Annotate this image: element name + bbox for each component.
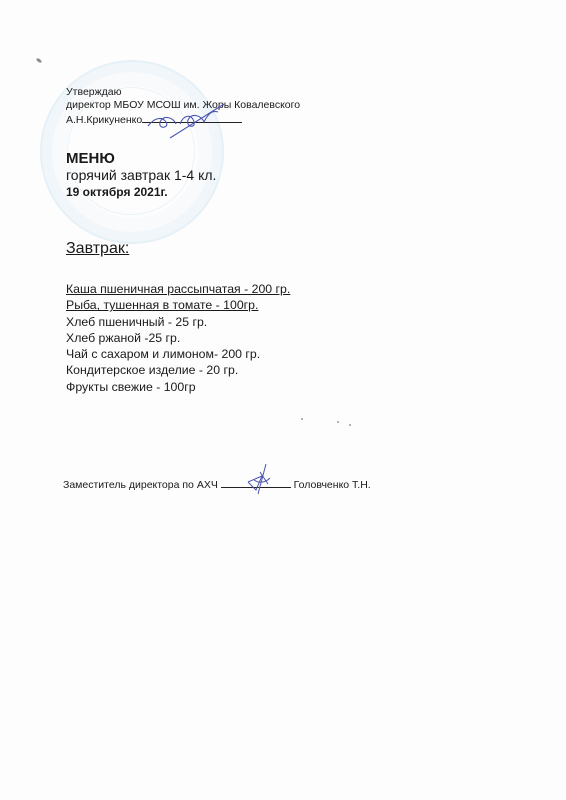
menu-header: МЕНЮ горячий завтрак 1-4 кл. 19 октября …: [66, 150, 216, 201]
scan-dot: [349, 424, 351, 426]
footer-position: Заместитель директора по АХЧ: [63, 479, 218, 491]
approval-label: Утверждаю: [66, 86, 300, 99]
menu-title: МЕНЮ: [66, 150, 216, 167]
signature-line: [221, 477, 291, 488]
menu-items: Каша пшеничная рассыпчатая - 200 гр. Рыб…: [66, 281, 290, 395]
approval-signer: А.Н.Крикуненко: [66, 114, 142, 126]
menu-item: Кондитерское изделие - 20 гр.: [66, 362, 290, 378]
approval-block: Утверждаю директор МБОУ МСОШ им. Жоры Ко…: [66, 86, 300, 127]
approval-signer-row: А.Н.Крикуненко: [66, 112, 300, 127]
footer-name: Головченко Т.Н.: [294, 479, 371, 491]
footer-signature-row: Заместитель директора по АХЧ Головченко …: [63, 477, 371, 491]
signature-line: [142, 112, 242, 123]
meal-title: Завтрак:: [66, 240, 129, 258]
menu-item: Хлеб пшеничный - 25 гр.: [66, 314, 290, 330]
menu-item: Хлеб ржаной -25 гр.: [66, 330, 290, 346]
menu-item: Каша пшеничная рассыпчатая - 200 гр.: [66, 281, 290, 297]
menu-date: 19 октября 2021г.: [66, 184, 216, 201]
scan-dot: [337, 421, 339, 423]
scan-dot: [301, 418, 303, 420]
menu-subtitle: горячий завтрак 1-4 кл.: [66, 167, 216, 184]
menu-item: Чай с сахаром и лимоном- 200 гр.: [66, 346, 290, 362]
approval-position: директор МБОУ МСОШ им. Жоры Ковалевского: [66, 99, 300, 112]
menu-item: Фрукты свежие - 100гр: [66, 379, 290, 395]
document-page: Утверждаю директор МБОУ МСОШ им. Жоры Ко…: [0, 0, 566, 800]
scan-mark: [36, 58, 43, 64]
menu-item: Рыба, тушенная в томате - 100гр.: [66, 297, 290, 313]
